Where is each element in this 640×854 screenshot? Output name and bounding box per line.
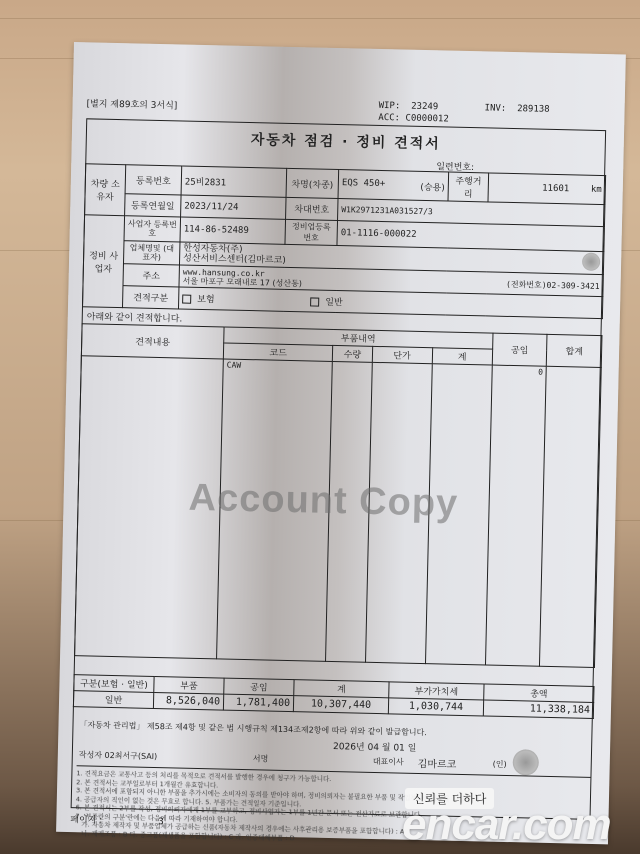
sum-labor: 1,781,400 [223,694,293,712]
header-total: 합계 [547,334,602,367]
model-label: 차명(차종) [286,168,339,198]
legal-text: 「자동차 관리법」 제58조 제4항 및 같은 법 시행규칙 제134조제2항에… [79,719,427,738]
header-qty: 수량 [333,345,373,362]
sum-header-parts: 부품 [154,676,224,694]
wood-grain [0,18,640,19]
summary-table: 구분(보험 · 일반) 부품 공임 계 부가가치세 총액 일반 8,526,04… [73,674,595,719]
page-number: 페이지 : 3 [70,812,164,827]
address-label: 주소 [123,264,179,287]
insurance-label: 보험 [197,295,215,305]
sum-category: 일반 [73,691,153,709]
sum-header-category: 구분(보험 · 일반) [74,675,154,693]
issue-date: 2026년 04 월 01 일 [333,739,417,754]
reg-no-value: 25비2831 [181,166,287,197]
mileage-value: 11601 [542,184,569,195]
encar-logo: encar.com [402,800,611,850]
sum-total: 11,338,184 [483,700,593,718]
page-value: 3 [158,817,164,827]
info-table: 차량 소유자 등록번호 25비2831 차명(차종) EQS 450+ (승용)… [82,163,606,319]
insurance-checkbox[interactable] [182,295,191,304]
form-frame: 자동차 점검 · 정비 견적서 일련번호: 차량 소유자 등록번호 25비283… [71,118,607,820]
ceo-name: 김마르코 [418,755,457,771]
header-labor: 공임 [492,333,547,366]
mileage-label: 주행거리 [448,172,489,202]
mileage-cell: 11601 km [488,173,606,205]
sum-header-labor: 공임 [224,678,294,696]
estimate-type-label: 견적구분 [122,286,178,309]
seal-stamp-icon [512,749,539,776]
company-label: 업체명및 (대표자) [123,241,180,265]
biz-no-label: 사업자 등록번호 [124,216,181,242]
model-cell: EQS 450+ (승용) [338,170,449,201]
row-labor: 0 [485,365,546,666]
shop-reg-label: 정비업등록번호 [285,219,338,245]
page-label: 페이지 : [70,815,102,826]
watermark: Account Copy [188,477,458,526]
ceo-label: 대표이사 [373,756,404,768]
acc-field: ACC: C0000012 [378,113,449,125]
vehicle-owner-label: 차량 소유자 [85,164,126,216]
wip-field: WIP: 23249 [379,101,439,112]
sum-parts: 8,526,040 [153,692,223,710]
reg-date-value: 2023/11/24 [181,195,286,219]
document-title: 자동차 점검 · 정비 견적서 [87,125,605,157]
header-unit-price: 단가 [372,346,432,363]
inv-field: INV: 289138 [484,103,549,114]
biz-no-value: 114-86-52489 [180,217,286,244]
row-total [540,366,601,667]
intro-text: 아래와 같이 견적합니다. [87,309,183,324]
wip-label: WIP: [379,101,401,111]
reg-no-label: 등록번호 [125,165,182,195]
form-number: [별지 제89호의 3서식] [86,96,177,111]
model-value: EQS 450+ [342,178,386,189]
inv-value: 289138 [517,104,550,115]
general-label: 일반 [325,298,343,308]
wip-value: 23249 [411,102,438,113]
vin-label: 차대번호 [286,197,338,220]
header-content: 견적내용 [81,324,224,359]
header-subtotal: 계 [432,348,492,365]
estimate-document: [별지 제89호의 3서식] WIP: 23249 ACC: C0000012 … [56,42,626,844]
seal-label: (인) [493,759,507,770]
inv-label: INV: [484,103,506,113]
business-label: 정비 사업자 [82,215,124,308]
acc-value: C0000012 [405,114,449,125]
acc-label: ACC: [378,113,400,123]
sign-label: 서명 [253,753,269,764]
reg-date-label: 등록연월일 [125,194,181,217]
model-type: (승용) [420,179,445,193]
writer: 작성자 02최서구(SAI) [79,749,158,762]
mileage-unit: km [591,185,602,195]
sum-subtotal: 10,307,440 [293,696,388,714]
sum-vat: 1,030,744 [388,698,483,716]
general-checkbox[interactable] [310,297,319,306]
